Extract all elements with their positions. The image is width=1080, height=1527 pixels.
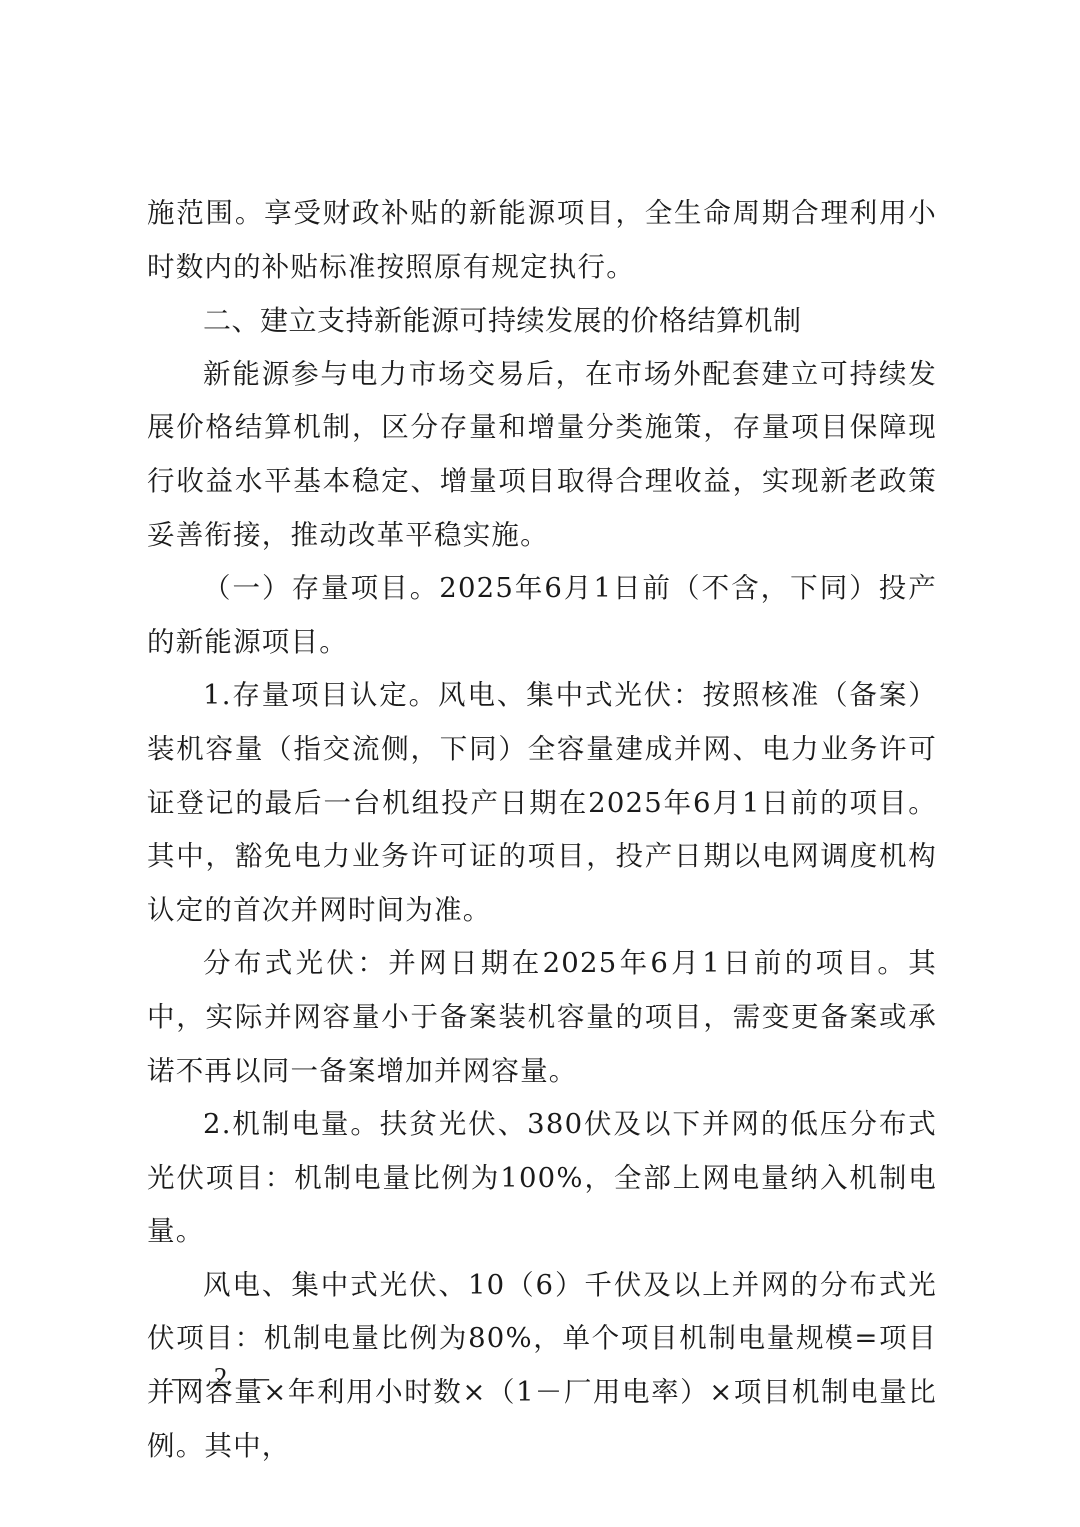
paragraph-body: 2.机制电量。扶贫光伏、380伏及以下并网的低压分布式光伏项目：机制电量比例为1… [147, 1098, 937, 1259]
paragraph-continuation: 施范围。享受财政补贴的新能源项目，全生命周期合理利用小时数内的补贴标准按照原有规… [147, 187, 937, 294]
section-heading: 二、建立支持新能源可持续发展的价格结算机制 [147, 294, 937, 348]
subheading-label: （一）存量项目。 [203, 572, 439, 604]
paragraph-body: 分布式光伏：并网日期在2025年6月1日前的项目。其中，实际并网容量小于备案装机… [147, 937, 937, 1098]
paragraph-body: 新能源参与电力市场交易后，在市场外配套建立可持续发展价格结算机制，区分存量和增量… [147, 348, 937, 562]
page-number: — 2 — [172, 1362, 273, 1392]
subheading-paragraph: （一）存量项目。2025年6月1日前（不含，下同）投产的新能源项目。 [147, 562, 937, 669]
document-page: 施范围。享受财政补贴的新能源项目，全生命周期合理利用小时数内的补贴标准按照原有规… [147, 187, 937, 1473]
paragraph-body: 1.存量项目认定。风电、集中式光伏：按照核准（备案）装机容量（指交流侧，下同）全… [147, 669, 937, 937]
